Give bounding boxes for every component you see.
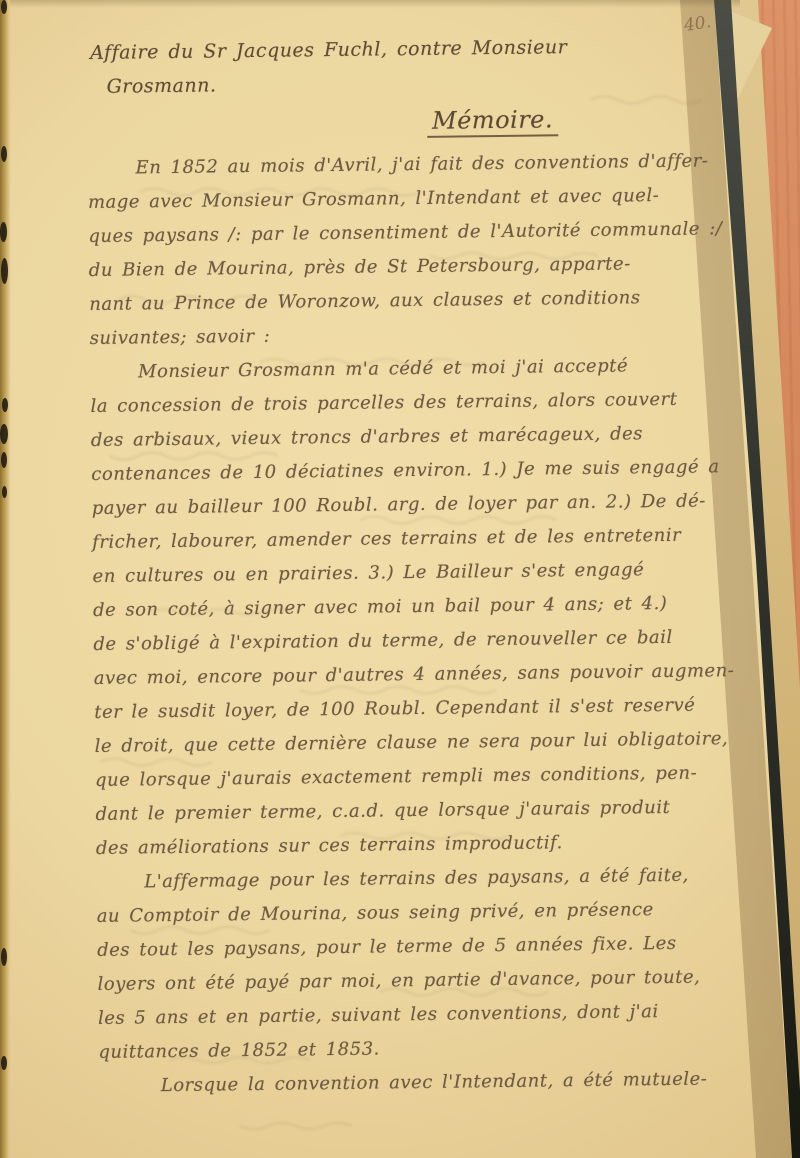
ink-blot [0,222,7,242]
ink-blot [1,948,7,966]
manuscript-text: Affaire du Sr Jacques Fuchl, contre Mons… [86,28,731,1104]
ink-blot [2,486,7,498]
memoir-title-text: Mémoire. [427,105,558,138]
ink-blot [1,1056,7,1070]
scanned-manuscript-photo: 40. Affaire du Sr Jacques Fuchl, contre … [0,0,800,1158]
ink-blot [1,146,7,162]
ink-blot [0,424,8,444]
ink-blot [1,258,8,284]
ink-blot [2,398,8,412]
ink-blot [1,452,7,468]
page-gutter-edge [0,0,11,1158]
ink-blot [1,0,7,14]
